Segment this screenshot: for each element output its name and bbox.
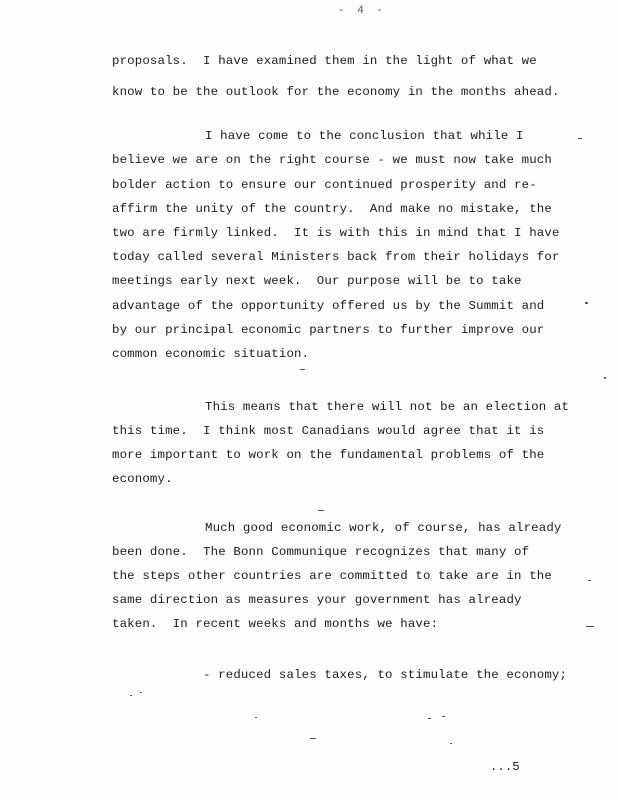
paragraph-2-line-10: common economic situation. <box>112 347 309 361</box>
scan-speck <box>318 510 324 511</box>
paragraph-3-line-3: more important to work on the fundamenta… <box>112 448 544 462</box>
continuation-marker: ...5 <box>490 760 520 774</box>
paragraph-1-line-2: know to be the outlook for the economy i… <box>112 85 560 99</box>
paragraph-2-line-8: advantage of the opportunity offered us … <box>112 299 544 313</box>
scan-speck <box>585 302 588 304</box>
scan-speck <box>255 717 257 718</box>
scan-speck <box>428 718 431 719</box>
paragraph-2-line-4: affirm the unity of the country. And mak… <box>112 202 552 216</box>
paragraph-3-line-1: This means that there will not be an ele… <box>205 400 569 414</box>
paragraph-4-line-3: the steps other countries are committed … <box>112 569 552 583</box>
paragraph-2-line-2: believe we are on the right course - we … <box>112 153 552 167</box>
scan-speck <box>586 626 594 627</box>
paragraph-3-line-2: this time. I think most Canadians would … <box>112 424 544 438</box>
scan-speck <box>604 377 606 379</box>
paragraph-4-line-1: Much good economic work, of course, has … <box>205 521 562 535</box>
paragraph-3-line-4: economy. <box>112 472 173 486</box>
paragraph-2-line-6: today called several Ministers back from… <box>112 250 560 264</box>
paragraph-1-line-1: proposals. I have examined them in the l… <box>112 54 537 68</box>
paragraph-4-line-5: taken. In recent weeks and months we hav… <box>112 617 438 631</box>
paragraph-2-line-5: two are firmly linked. It is with this i… <box>112 226 560 240</box>
paragraph-4-line-2: been done. The Bonn Communique recognize… <box>112 545 529 559</box>
page-header-number: - 4 - <box>338 5 386 17</box>
scan-speck <box>588 580 591 581</box>
scan-speck <box>130 695 132 696</box>
scan-speck <box>578 138 582 139</box>
paragraph-2-line-1: I have come to the conclusion that while… <box>205 129 524 143</box>
scan-speck <box>442 716 445 717</box>
scan-speck <box>310 738 316 739</box>
scan-speck <box>450 743 452 744</box>
paragraph-2-line-3: bolder action to ensure our continued pr… <box>112 178 537 192</box>
scan-speck <box>300 369 305 370</box>
paragraph-2-line-7: meetings early next week. Our purpose wi… <box>112 274 522 288</box>
document-page: - 4 - proposals. I have examined them in… <box>0 0 618 800</box>
paragraph-2-line-9: by our principal economic partners to fu… <box>112 323 544 337</box>
paragraph-4-line-4: same direction as measures your governme… <box>112 593 522 607</box>
scan-speck <box>140 692 142 693</box>
bullet-item-1: - reduced sales taxes, to stimulate the … <box>203 668 567 682</box>
